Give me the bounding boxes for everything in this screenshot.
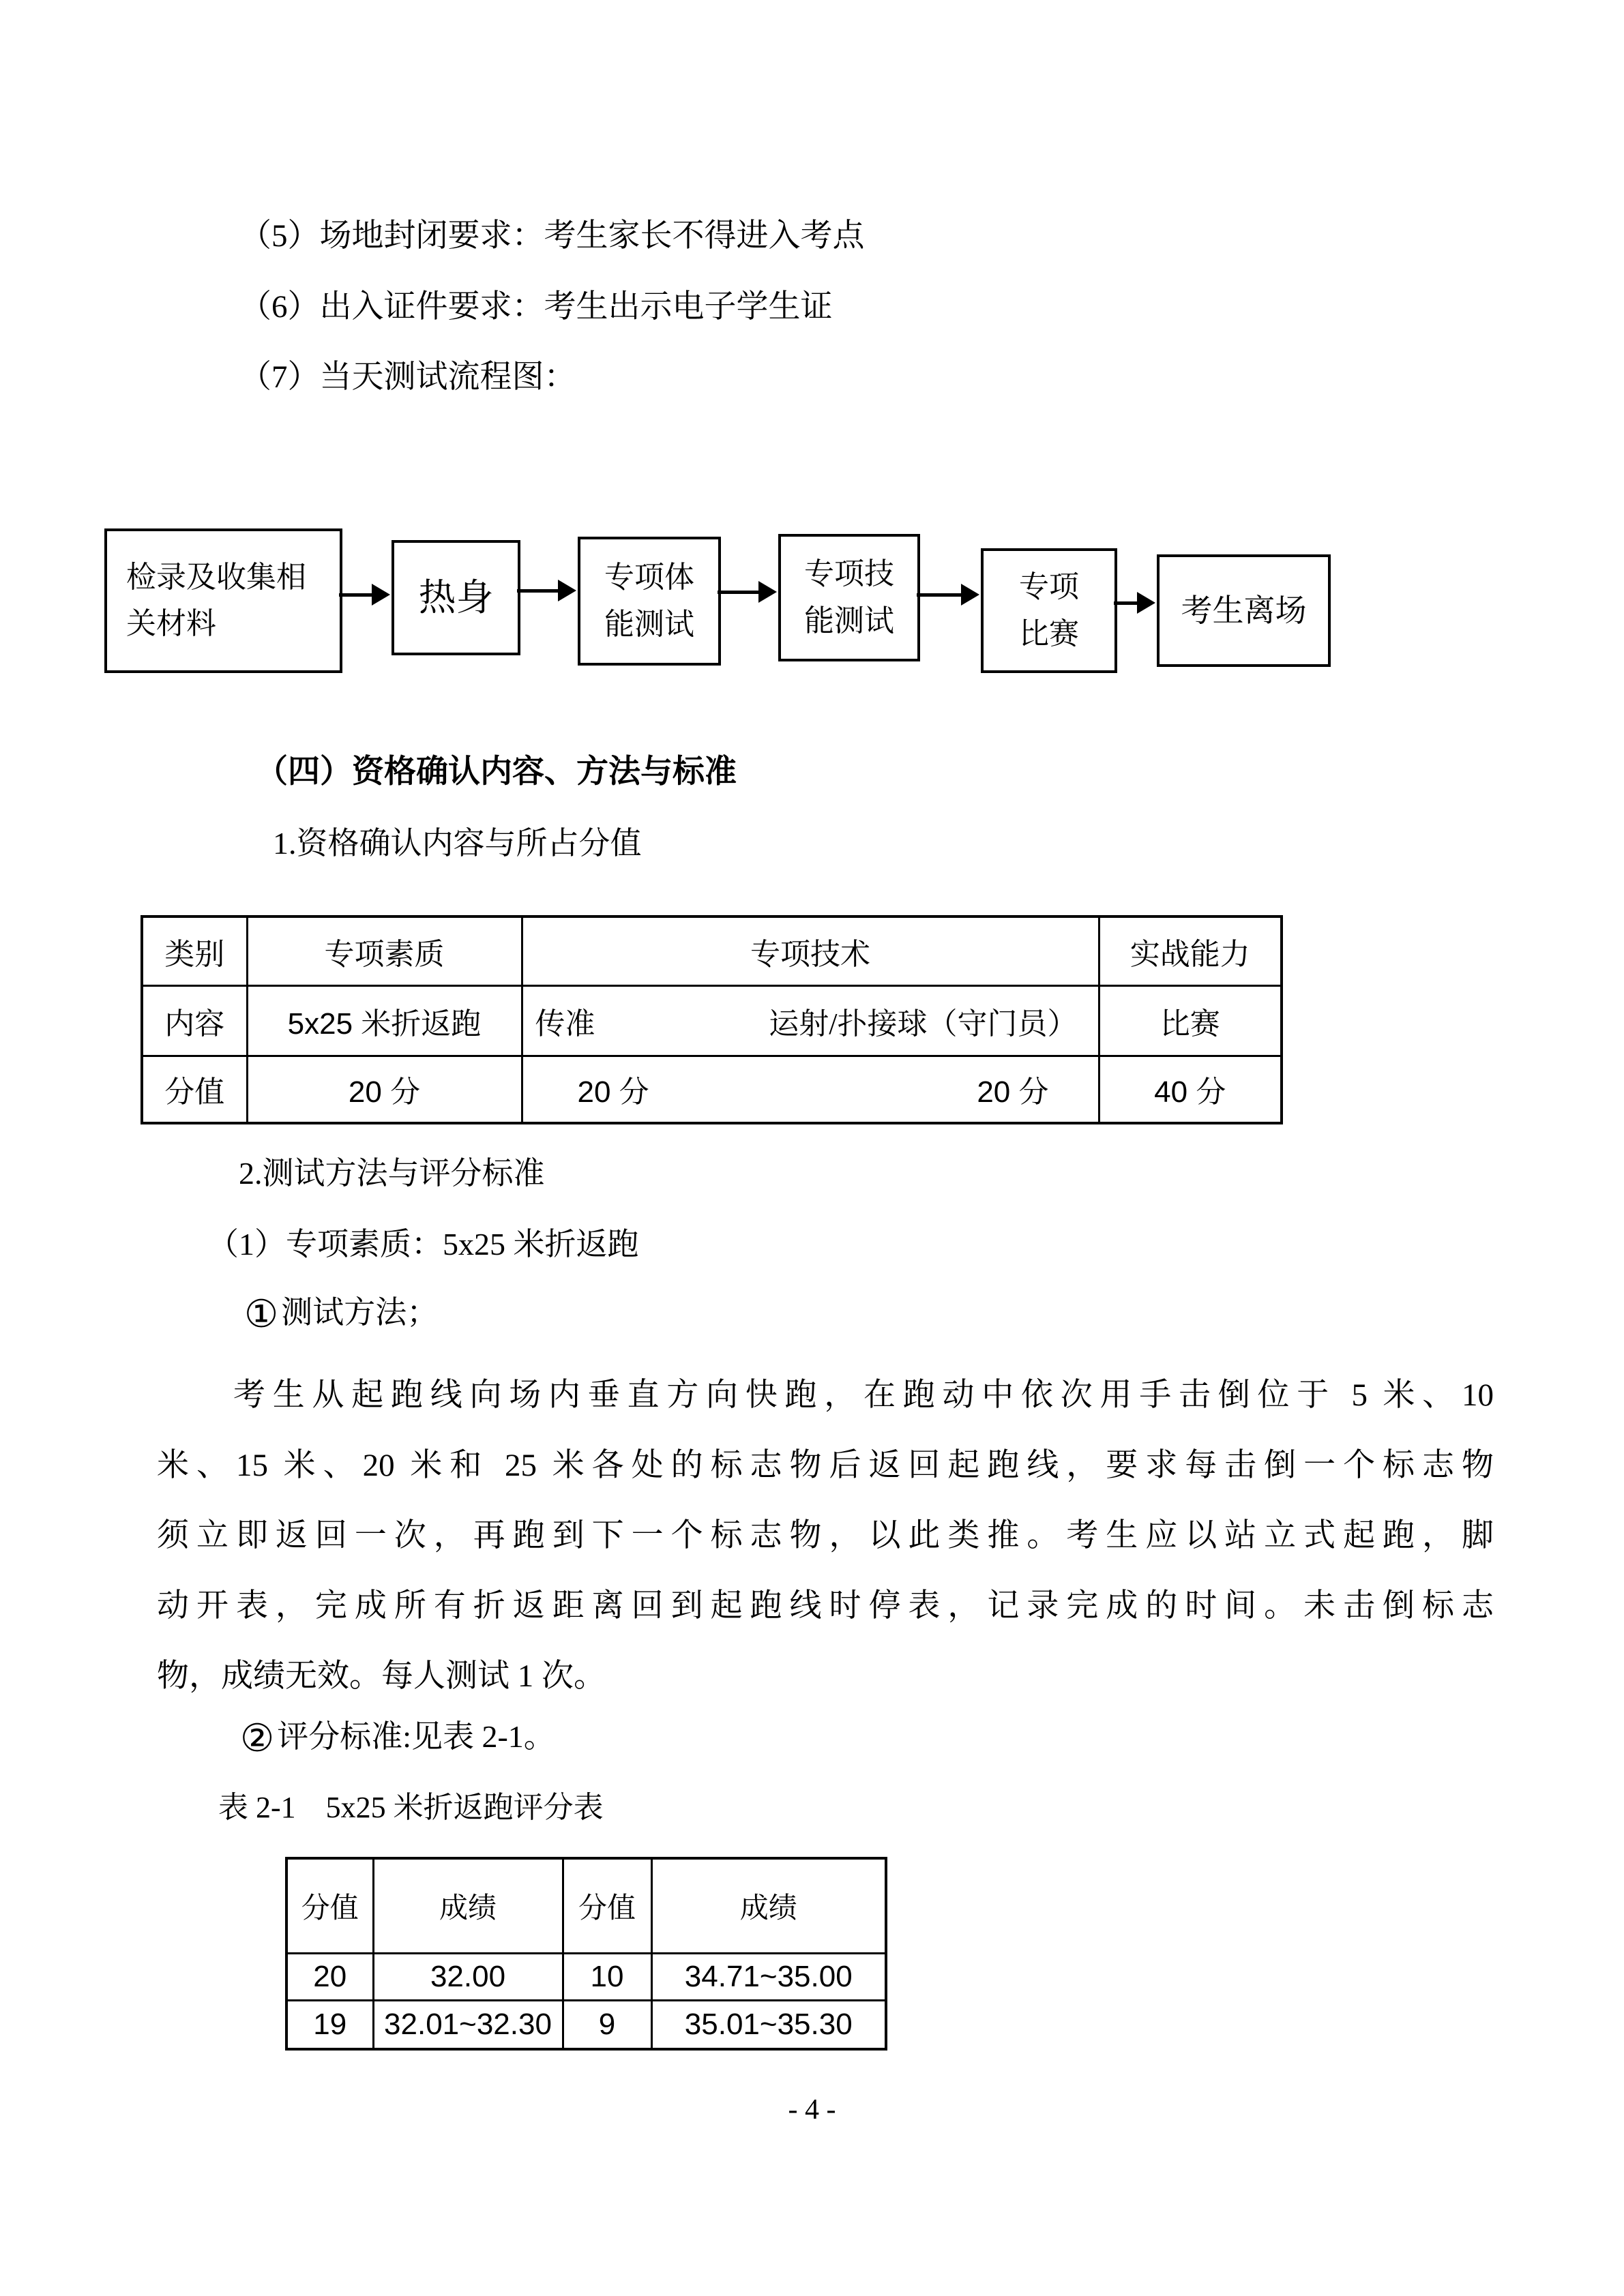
circled-number-2: ②: [240, 1718, 274, 1760]
table-row: 分值 20 分 20 分 20 分 40 分: [142, 1056, 1282, 1123]
sub-heading-2: 2.测试方法与评分标准: [239, 1148, 545, 1193]
flow-step-warmup: 热身: [392, 540, 520, 655]
rating-table: 分值 成绩 分值 成绩 20 32.00 10 34.71~35.00 19 3…: [285, 1857, 887, 2051]
score-composition-table: 类别 专项素质 专项技术 实战能力 内容 5x25 米折返跑 传准 运射/扑接球…: [141, 915, 1283, 1124]
paragraph-line: 动开表，完成所有折返距离回到起跑线时停表，记录完成的时间。未击倒标志: [157, 1571, 1494, 1641]
flow-step-leave: 考生离场: [1157, 554, 1331, 667]
header-cell: 成绩: [651, 1858, 886, 1953]
table-row: 类别 专项素质 专项技术 实战能力: [142, 916, 1282, 985]
row-label-cell: 分值: [142, 1056, 247, 1123]
content-cell: 比赛: [1099, 985, 1282, 1056]
content-cell: 5x25 米折返跑: [247, 985, 522, 1056]
score-value-cell: 19: [286, 2000, 373, 2049]
sub-heading-1: 1.资格确认内容与所占分值: [273, 818, 642, 863]
method-step-1-label: 测试方法；: [281, 1295, 438, 1330]
flow-step-label: 检录及收集相关材料: [126, 554, 325, 647]
score-value-cell: 20: [286, 1953, 373, 2000]
header-cell: 专项技术: [522, 916, 1099, 985]
paragraph-line: 须立即返回一次，再跑到下一个标志物，以此类推。考生应以站立式起跑，脚: [157, 1501, 1494, 1571]
content-tech-right: 运射/扑接球（守门员）: [769, 999, 1077, 1043]
score-value-cell: 9: [563, 2000, 651, 2049]
method-step-1: ①测试方法；: [244, 1287, 438, 1334]
document-page: （5）场地封闭要求：考生家长不得进入考点 （6）出入证件要求：考生出示电子学生证…: [0, 0, 1624, 2296]
intro-item-7: （7）当天测试流程图：: [239, 358, 576, 396]
method-item-1: （1）专项素质：5x25 米折返跑: [207, 1219, 639, 1264]
score-cell: 20 分: [247, 1056, 522, 1123]
header-cell: 分值: [286, 1858, 373, 1953]
intro-item-5: （5）场地封闭要求：考生家长不得进入考点: [239, 217, 865, 255]
flow-arrow: [517, 580, 576, 601]
flow-arrow: [718, 581, 777, 603]
rating-table-caption: 表 2-1 5x25 米折返跑评分表: [218, 1783, 604, 1826]
row-label-cell: 内容: [142, 985, 247, 1056]
score-cell: 20 分 20 分: [522, 1056, 1099, 1123]
flow-step-fitness-test: 专项体能测试: [578, 537, 721, 666]
result-range-cell: 32.01~32.30: [373, 2000, 563, 2049]
flow-step-label: 专项体能测试: [599, 554, 700, 647]
result-range-cell: 32.00: [373, 1953, 563, 2000]
header-cell: 类别: [142, 916, 247, 985]
method-step-2: ②评分标准:见表 2-1。: [240, 1712, 555, 1758]
flow-arrow: [339, 584, 390, 606]
header-cell: 成绩: [373, 1858, 563, 1953]
table-row: 分值 成绩 分值 成绩: [286, 1858, 886, 1953]
content-cell: 传准 运射/扑接球（守门员）: [522, 985, 1099, 1056]
method-paragraph: 考生从起跑线向场内垂直方向快跑，在跑动中依次用手击倒位于 5 米、10 米、15…: [157, 1360, 1494, 1712]
score-tech-right: 20 分: [977, 1067, 1048, 1111]
table-row: 内容 5x25 米折返跑 传准 运射/扑接球（守门员） 比赛: [142, 985, 1282, 1056]
header-cell: 实战能力: [1099, 916, 1282, 985]
result-range-cell: 34.71~35.00: [651, 1953, 886, 2000]
page-number: - 4 -: [0, 2093, 1624, 2126]
method-step-2-label: 评分标准:见表 2-1。: [277, 1719, 555, 1754]
table-row: 20 32.00 10 34.71~35.00: [286, 1953, 886, 2000]
flow-step-checkin: 检录及收集相关材料: [104, 528, 342, 673]
flow-step-skill-test: 专项技能测试: [778, 534, 920, 661]
score-tech-left: 20 分: [578, 1067, 649, 1111]
flow-step-label: 热身: [418, 569, 493, 627]
paragraph-line: 米、15 米、20 米和 25 米各处的标志物后返回起跑线，要求每击倒一个标志物: [157, 1431, 1494, 1501]
intro-item-6: （6）出入证件要求：考生出示电子学生证: [239, 288, 833, 326]
paragraph-line: 物，成绩无效。每人测试 1 次。: [157, 1641, 1494, 1712]
paragraph-line: 考生从起跑线向场内垂直方向快跑，在跑动中依次用手击倒位于 5 米、10: [157, 1360, 1494, 1431]
section-heading: （四）资格确认内容、方法与标准: [256, 746, 737, 792]
result-range-cell: 35.01~35.30: [651, 2000, 886, 2049]
flow-step-label: 考生离场: [1181, 586, 1307, 635]
flow-step-match: 专项比赛: [981, 548, 1117, 673]
flow-arrow: [917, 584, 979, 606]
flow-arrow: [1114, 592, 1155, 614]
flow-step-label: 专项比赛: [1015, 564, 1083, 657]
content-tech-left: 传准: [535, 999, 595, 1043]
header-cell: 专项素质: [247, 916, 522, 985]
score-cell: 40 分: [1099, 1056, 1282, 1123]
table-row: 19 32.01~32.30 9 35.01~35.30: [286, 2000, 886, 2049]
header-cell: 分值: [563, 1858, 651, 1953]
score-value-cell: 10: [563, 1953, 651, 2000]
flow-step-label: 专项技能测试: [799, 551, 900, 644]
circled-number-1: ①: [244, 1294, 278, 1336]
